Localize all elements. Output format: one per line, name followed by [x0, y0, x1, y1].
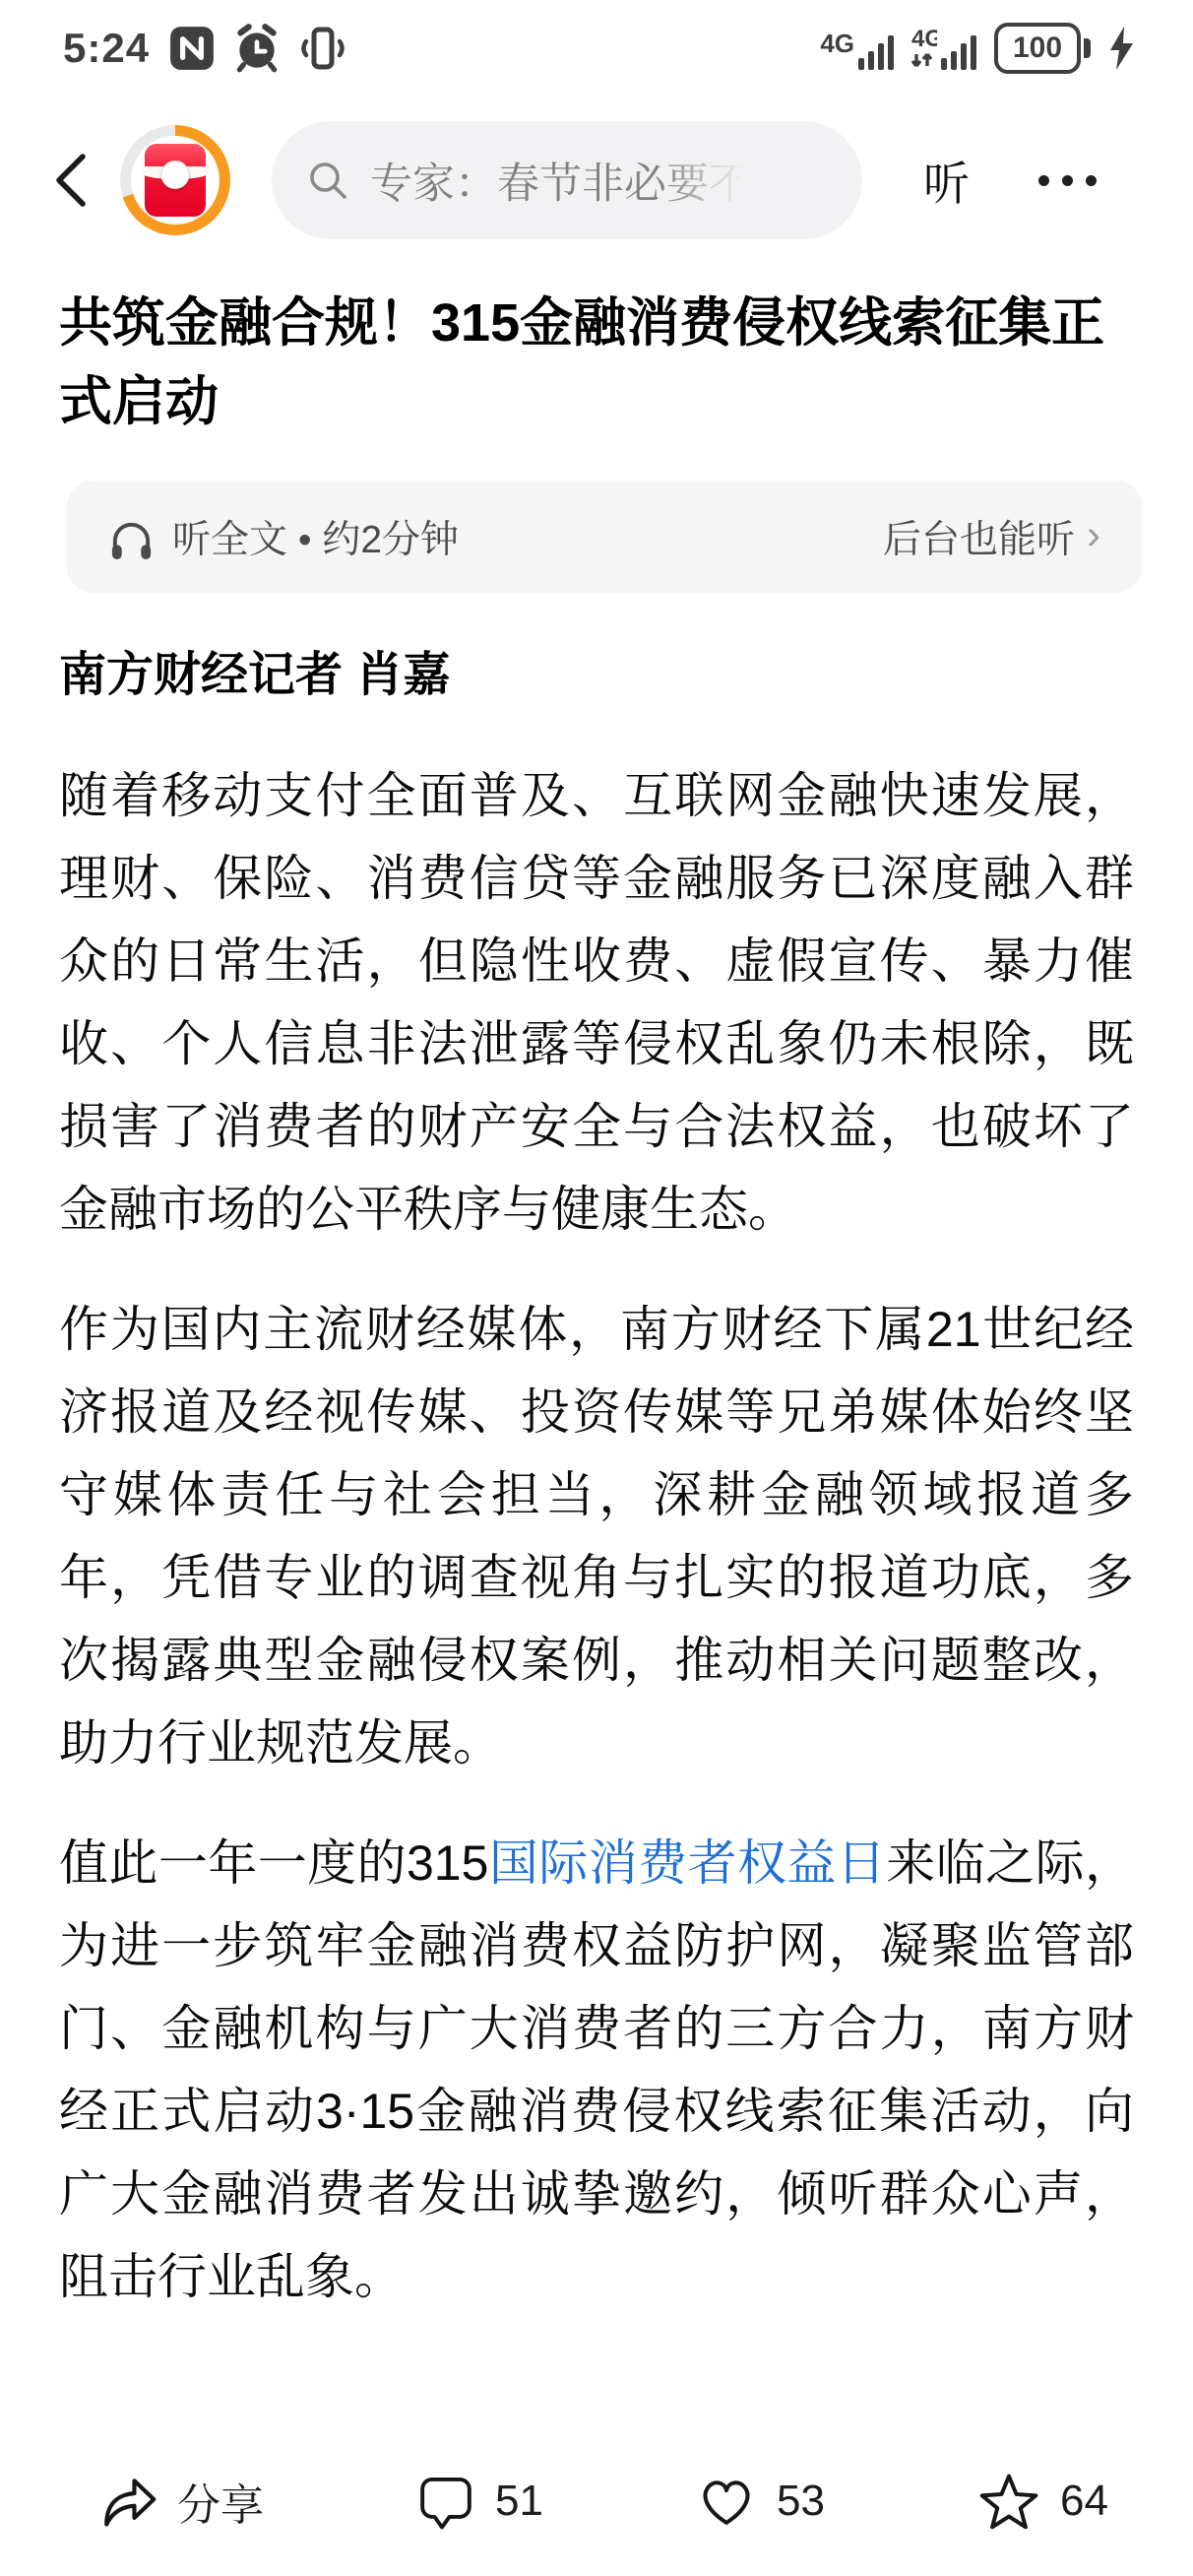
nfc-icon	[167, 24, 217, 73]
share-button[interactable]: 分享	[94, 2470, 264, 2533]
article-paragraph: 作为国内主流财经媒体，南方财经下属21世纪经济报道及经视传媒、投资传媒等兄弟媒体…	[59, 1288, 1134, 1784]
star-icon	[977, 2470, 1040, 2533]
search-icon	[305, 158, 350, 203]
network-type-label: 4G	[820, 31, 854, 70]
comment-icon	[416, 2470, 475, 2533]
background-listen-link[interactable]: 后台也能听 ›	[883, 509, 1100, 564]
status-left: 5:24	[63, 22, 348, 75]
listen-duration-label: 听全文 • 约2分钟	[172, 509, 459, 564]
listen-button[interactable]: 听	[923, 148, 970, 214]
bottom-action-bar: 分享 51 53 64	[0, 2436, 1193, 2566]
red-envelope-icon	[145, 144, 206, 217]
favorite-count: 64	[1060, 2477, 1108, 2526]
comment-button[interactable]: 51	[416, 2470, 543, 2533]
search-placeholder: 专家：春节非必要不	[370, 151, 751, 211]
red-envelope-progress-badge[interactable]	[120, 125, 230, 235]
more-menu-button[interactable]	[1033, 158, 1102, 204]
like-count: 53	[777, 2477, 825, 2526]
back-icon[interactable]	[49, 150, 94, 211]
heart-icon	[696, 2470, 757, 2533]
search-bar[interactable]: 专家：春节非必要不	[272, 121, 862, 239]
chevron-right-icon: ›	[1087, 514, 1100, 555]
battery-percent: 100	[1013, 32, 1062, 65]
svg-text:4G: 4G	[911, 27, 937, 52]
article-title: 共筑金融合规！315金融消费侵权线索征集正式启动	[59, 284, 1134, 441]
alarm-icon	[230, 22, 283, 75]
consumer-rights-day-link[interactable]: 国际消费者权益日	[488, 1835, 886, 1891]
listen-article-bar[interactable]: 听全文 • 约2分钟 后台也能听 ›	[67, 481, 1142, 593]
status-right: 4G 4G 100	[820, 23, 1136, 74]
charging-bolt-icon	[1106, 25, 1136, 72]
article-author: 南方财经记者 肖嘉	[59, 634, 1134, 717]
headphones-icon	[108, 514, 155, 560]
nav-bar: 专家：春节非必要不 听	[0, 91, 1193, 270]
vibrate-icon	[297, 23, 348, 74]
like-button[interactable]: 53	[696, 2470, 825, 2533]
favorite-button[interactable]: 64	[977, 2470, 1108, 2533]
clock-time: 5:24	[63, 25, 150, 72]
article-paragraph: 值此一年一度的315国际消费者权益日来临之际，为进一步筑牢金融消费权益防护网，凝…	[59, 1822, 1134, 2318]
comment-count: 51	[495, 2477, 543, 2526]
ellipsis-icon	[1038, 175, 1049, 186]
signal-sim1-icon: 4G	[820, 27, 896, 70]
battery-icon: 100	[994, 23, 1091, 74]
share-icon	[94, 2470, 157, 2533]
signal-sim2-icon: 4G	[911, 27, 978, 70]
article-paragraph: 随着移动支付全面普及、互联网金融快速发展，理财、保险、消费信贷等金融服务已深度融…	[59, 754, 1134, 1251]
status-bar: 5:24 4G	[0, 0, 1193, 91]
